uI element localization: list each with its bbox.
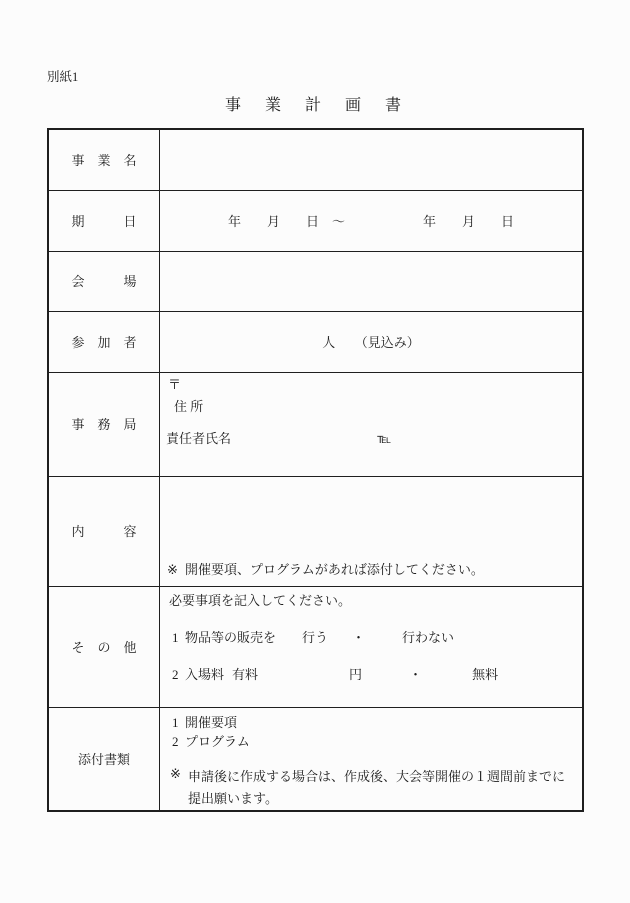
address-label: 住 所 <box>174 399 582 414</box>
attachments-field: 1開催要項 2プログラム ※ 申請後に作成する場合は、作成後、大会等開催の１週間… <box>160 708 584 812</box>
row-other: そ の 他 必要事項を記入してください。 1物品等の販売を行う・行わない 2入場… <box>48 587 583 708</box>
attachment-outline-text: 開催要項 <box>185 715 237 730</box>
admission-fee-text: 入場料 <box>185 667 224 682</box>
business-name-label: 事 業 名 <box>48 129 160 191</box>
secretariat-label: 事 務 局 <box>48 373 160 477</box>
other-label: そ の 他 <box>48 587 160 708</box>
yen-unit-label: 円 <box>349 667 362 682</box>
option-separator-dot: ・ <box>352 630 365 645</box>
sales-option-yes: 行う <box>302 630 328 645</box>
business-plan-document: 別紙1 事 業 計 画 書 事 業 名 期 日 年 月 日 ～ 年 月 日 会 … <box>0 0 630 903</box>
venue-field <box>160 252 584 312</box>
document-title: 事 業 計 画 書 <box>0 96 630 116</box>
other-item-sales: 1物品等の販売を行う・行わない <box>172 630 582 645</box>
business-name-field <box>160 129 584 191</box>
manager-name-label: 責任者氏名 <box>166 431 231 446</box>
attachment-program-text: プログラム <box>185 734 250 749</box>
content-note: ※開催要項、プログラムがあれば添付してください。 <box>167 562 582 577</box>
attachment-item-program: 2プログラム <box>172 734 582 749</box>
row-content: 内 容 ※開催要項、プログラムがあれば添付してください。 <box>48 477 583 587</box>
other-instruction: 必要事項を記入してください。 <box>169 593 582 608</box>
reference-mark: ※ <box>167 562 185 577</box>
attachments-note-line1: 申請後に作成する場合は、作成後、大会等開催の１週間前までに <box>188 766 565 788</box>
sales-option-no: 行わない <box>402 630 454 645</box>
row-business-name: 事 業 名 <box>48 129 583 191</box>
row-venue: 会 場 <box>48 252 583 312</box>
item-number: 2 <box>172 667 185 682</box>
row-period: 期 日 年 月 日 ～ 年 月 日 <box>48 191 583 252</box>
participants-field: 人 （見込み） <box>160 312 584 373</box>
admission-option-paid: 有料 <box>232 667 258 682</box>
sales-question-text: 物品等の販売を <box>185 630 276 645</box>
item-number: 2 <box>172 734 185 749</box>
item-number: 1 <box>172 630 185 645</box>
other-item-admission: 2入場料有料円・無料 <box>172 667 582 682</box>
period-field: 年 月 日 ～ 年 月 日 <box>160 191 584 252</box>
admission-option-free: 無料 <box>472 667 498 682</box>
attachments-note: ※ 申請後に作成する場合は、作成後、大会等開催の１週間前までに 提出願います。 <box>170 766 582 810</box>
row-attachments: 添付書類 1開催要項 2プログラム ※ 申請後に作成する場合は、作成後、大会等開… <box>48 708 583 812</box>
attachments-label: 添付書類 <box>48 708 160 812</box>
secretariat-field: 〒 住 所 責任者氏名 ℡ <box>160 373 584 477</box>
option-separator-dot: ・ <box>409 667 422 682</box>
reference-mark: ※ <box>170 766 188 810</box>
period-label: 期 日 <box>48 191 160 252</box>
row-secretariat: 事 務 局 〒 住 所 責任者氏名 ℡ <box>48 373 583 477</box>
venue-label: 会 場 <box>48 252 160 312</box>
content-field: ※開催要項、プログラムがあれば添付してください。 <box>160 477 584 587</box>
business-plan-form-table: 事 業 名 期 日 年 月 日 ～ 年 月 日 会 場 参 加 者 人 （見込み… <box>47 128 584 812</box>
content-note-text: 開催要項、プログラムがあれば添付してください。 <box>185 562 484 577</box>
attachment-item-outline: 1開催要項 <box>172 715 582 730</box>
tel-label: ℡ <box>377 431 391 446</box>
item-number: 1 <box>172 715 185 730</box>
attachments-note-line2: 提出願います。 <box>188 788 565 810</box>
attachment-label: 別紙1 <box>47 70 78 84</box>
participants-label: 参 加 者 <box>48 312 160 373</box>
attachments-note-text: 申請後に作成する場合は、作成後、大会等開催の１週間前までに 提出願います。 <box>188 766 565 810</box>
content-label: 内 容 <box>48 477 160 587</box>
row-participants: 参 加 者 人 （見込み） <box>48 312 583 373</box>
postal-code-mark: 〒 <box>168 377 582 392</box>
other-field: 必要事項を記入してください。 1物品等の販売を行う・行わない 2入場料有料円・無… <box>160 587 584 708</box>
manager-line: 責任者氏名 ℡ <box>166 431 582 446</box>
